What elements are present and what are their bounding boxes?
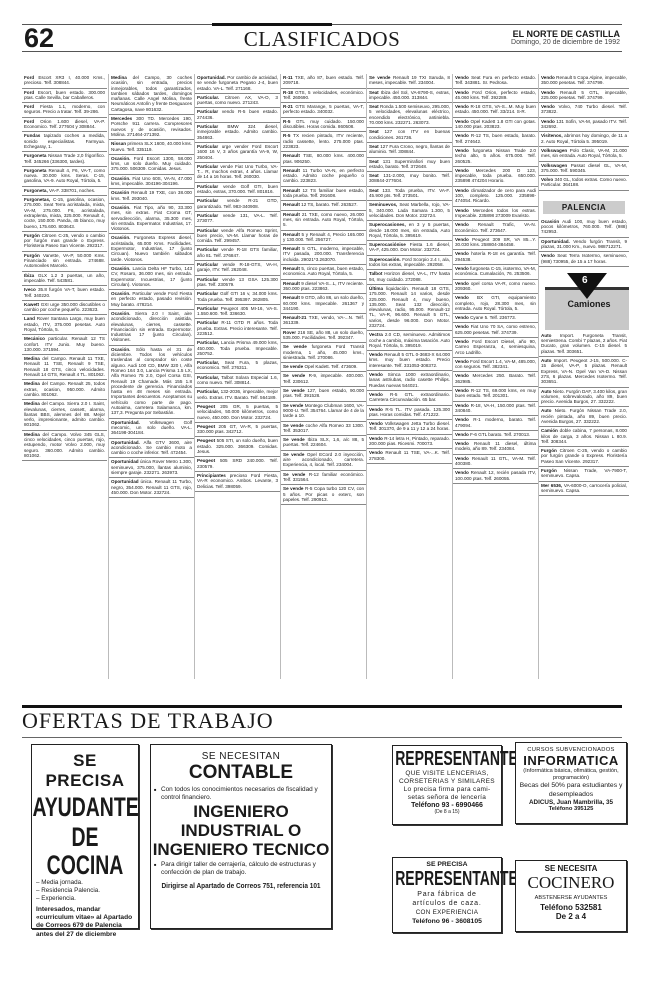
classified-ad: Mer 6536, VA-6000-O, carrocería policial… bbox=[539, 482, 629, 497]
classified-ad: Seat 131 Supermirafiori muy buen estado,… bbox=[367, 158, 452, 173]
ad-keyword: Iveco bbox=[24, 287, 36, 292]
classified-ad: Particular vende Alfa Romeo Sprint, buen… bbox=[195, 227, 280, 247]
ad-text: Import. Furgoneta Transit, semiestrena. … bbox=[541, 333, 627, 354]
ad-keyword: Se vende bbox=[283, 403, 303, 408]
palencia-section-header: PALENCIA bbox=[543, 201, 625, 214]
ad-text: GTS Marange, 5 puertas, VA-T, perfecto e… bbox=[283, 104, 364, 114]
ad-text: Sólo hasta el 31 de diciembre. Todos los… bbox=[111, 347, 192, 416]
classified-ad: Renault 12 TS, barato. Telf. 263527. bbox=[281, 201, 366, 210]
ad-text: Import. Peugeot J-15, 500.000. C-15 dies… bbox=[541, 358, 627, 384]
ad-keyword: Se vende bbox=[283, 388, 305, 393]
ad-title: DE COCINA bbox=[32, 823, 137, 879]
ad-headline: SE PRECISA bbox=[32, 751, 138, 791]
ad-keyword: Superocasiónise bbox=[369, 242, 406, 247]
ad-keyword: Vendo bbox=[455, 208, 469, 213]
ad-keyword: Renault bbox=[283, 202, 300, 207]
ad-keyword: Furgonetas, bbox=[24, 197, 50, 202]
classified-ad: Medina del Campo. Sierra 2.0 I. Saint, e… bbox=[22, 400, 107, 430]
classified-ad: Auto Import. Peugeot J-15, 500.000. C-15… bbox=[539, 357, 629, 387]
ad-text: Nieto. Furgón DAF, 3.400 kilos, gran vol… bbox=[541, 389, 627, 405]
column-7: Vendo Renault 5 Copa Alpine, impecable, … bbox=[538, 74, 629, 679]
ad-keyword: Ocasión. bbox=[111, 205, 130, 210]
ad-keyword: Vendo bbox=[369, 407, 383, 412]
section-bar bbox=[212, 23, 332, 26]
classified-ad: Se vende 127, buen estado, 90.000 ptas. … bbox=[281, 387, 366, 402]
ad-keyword: Vendo bbox=[369, 372, 383, 377]
ad-text: 340 GL, todos extras. Como nuevo. Partic… bbox=[541, 177, 627, 187]
classified-ad: Vendo BX GTI, equipamiento completo, roj… bbox=[453, 294, 538, 314]
ad-keyword: Particular bbox=[197, 306, 218, 311]
ad-keyword: Renault bbox=[283, 188, 300, 193]
ad-line: QUE VISITE LENCERIAS, bbox=[393, 770, 501, 778]
ad-keyword: Ocasión bbox=[541, 219, 559, 224]
ad-text: C-15, gasolina, ocasion, 275.000. Seat T… bbox=[24, 197, 105, 228]
ad-keyword: Rover bbox=[283, 330, 296, 335]
classified-ad: Talbot Horizon diesel, VA-L, ITV hasta 9… bbox=[367, 270, 452, 285]
ad-line: Becas del 50% para estudiantes y desempl… bbox=[516, 782, 626, 799]
ad-cocinero: SE NECESITA COCINERO ABSTENERSE AYUDANTE… bbox=[515, 860, 627, 932]
classified-ad: Se vende Montego Clubman 1600, VA-9000-U… bbox=[281, 402, 366, 422]
classified-ad: Ocasión. Particular vende Ford Fiesta en… bbox=[109, 290, 194, 310]
ad-keyword: Se vende bbox=[283, 452, 304, 457]
ad-keyword: Particular bbox=[197, 277, 218, 282]
ad-keyword: Se vende bbox=[283, 486, 303, 491]
classified-ad: Renault 9 GTD, año 86, un solo dueño, 60… bbox=[281, 294, 366, 314]
classified-ad: Particular vende 131, VA-L. Telf. 273077… bbox=[195, 212, 280, 227]
classified-ad: R-5 GTL muy cuidado. 150.000 discutibles… bbox=[281, 118, 366, 133]
ad-keyword: Se vende bbox=[283, 437, 305, 442]
ad-keyword: Particular, bbox=[197, 375, 219, 380]
classified-ad: Ocasión. Sólo hasta el 31 de diciembre. … bbox=[109, 346, 194, 419]
classified-ad: Particular BMW 324 diesel, inmejorable e… bbox=[195, 123, 280, 143]
ad-keyword: Nissan bbox=[111, 141, 126, 146]
ad-keyword: R-18 bbox=[283, 90, 293, 95]
classified-ad: Vendo Seat Terra Isotermo, seminuevo, (9… bbox=[539, 252, 629, 267]
ad-text: 216 SE, año 88, un solo dueño, 535.000. … bbox=[283, 330, 364, 340]
ad-keyword: Vendo bbox=[455, 456, 469, 461]
ad-keyword: Particular bbox=[197, 109, 218, 114]
classified-ad: Renault 11 Turbo VA-N, en perfecto estad… bbox=[281, 167, 366, 187]
classified-ad: Vendo furgoneta Nissan Trade 2.0 techo a… bbox=[453, 147, 538, 167]
ad-text: 131-2.000, muy bonito. Telf. 308844-2776… bbox=[369, 173, 450, 183]
classified-ad: Ocasión. Furgoneta Express diesel, acris… bbox=[109, 234, 194, 264]
classified-ad: Vendo F-6 GTL barato. Telf. 270013. bbox=[453, 431, 538, 440]
ad-keyword: Ibiza bbox=[24, 273, 34, 278]
classified-ad: Se vende R-5 Copa turbo 120 CV, con 5 añ… bbox=[281, 485, 366, 505]
newspaper-name: EL NORTE DE CASTILLA bbox=[513, 29, 620, 39]
classified-ad: Oportunidad. Volkswagen Golf mecomic, un… bbox=[109, 419, 194, 439]
ad-contact: Interesados, mandar «curriculum vitae» a… bbox=[32, 903, 138, 942]
ad-keyword: R-21 bbox=[283, 104, 293, 109]
ad-text: 131 Supermirafiori muy buen estado, bara… bbox=[369, 159, 450, 169]
ad-keyword: Vendo bbox=[455, 222, 469, 227]
ad-text: Renault 5 Copa Alpine, impecable, 350.00… bbox=[541, 75, 627, 85]
ad-keyword: Peugeot bbox=[197, 438, 215, 443]
ad-bullet: – Experiencia. bbox=[32, 895, 138, 903]
ad-keyword: Renault bbox=[283, 168, 300, 173]
classified-ad: Se vende Renault 19 TXI Saruda, 8 meses,… bbox=[367, 74, 452, 89]
ad-keyword: Ocasión bbox=[111, 190, 129, 195]
classified-ad: Medina del Campo. Renault 25, todos extr… bbox=[22, 380, 107, 400]
classified-ad: Principiantes precioso Ford Fiesta, VA-R… bbox=[195, 472, 280, 492]
ad-text: del Campo, 30 coches ocasión, sin entrad… bbox=[111, 75, 192, 112]
classified-ad: Furgón Citroen C-25, vendo o cambio por … bbox=[539, 447, 629, 467]
ad-keyword: Furgón bbox=[541, 448, 557, 453]
classified-ad: Vendo hotería R-18 es garantía. Telf. 29… bbox=[453, 250, 538, 265]
classified-ad: Vendo Ford Escort Diesel, año 90, Carreo… bbox=[453, 338, 538, 358]
ad-text: 127 Fura Crono, negro, llantas de alumin… bbox=[369, 144, 450, 154]
classified-ad: Renault 5 y Renault 4, Precio 165.000 y … bbox=[281, 231, 366, 246]
ad-keyword: Mercedes bbox=[111, 116, 132, 121]
column-6: Vendo Seat Fura en perfecto estado. Telf… bbox=[452, 74, 538, 679]
ad-text: Cyane 5. Telf. 236773. bbox=[469, 315, 516, 320]
ad-keyword: Vendo bbox=[369, 436, 383, 441]
ad-text: Ronda 1.500 semiseuvo, 295.000, 5 veloci… bbox=[369, 104, 450, 125]
ad-text: 133. Toda prueba, ITV. VA-F. 45.900 pts.… bbox=[369, 188, 450, 198]
ad-keyword: Seminuevos, bbox=[369, 202, 397, 207]
ad-keyword: Vendo bbox=[455, 403, 469, 408]
ad-keyword: Oportunidad. bbox=[111, 420, 140, 425]
column-2: Medina del Campo, 30 coches ocasión, sin… bbox=[108, 74, 194, 679]
classified-ad: Ocasión. Lancia Delta HF Turbo, 143 CV, … bbox=[109, 265, 194, 290]
ad-hours: (De 8 a 15) bbox=[393, 809, 501, 815]
ad-keyword: Vendo bbox=[455, 237, 469, 242]
classified-ad: Particular vende R-21 GTD, garantizado. … bbox=[195, 197, 280, 212]
classified-ad: Ocasión. Sierra 2.0 I Saint, aire acondi… bbox=[109, 310, 194, 346]
ad-keyword: Mecánico bbox=[24, 336, 45, 341]
classified-ad: Medina del Campo. Renault 11 TXE, Renaul… bbox=[22, 355, 107, 380]
classified-ad: Particular R-11 GTD R años. Toda prueba.… bbox=[195, 319, 280, 339]
ad-keyword: Renault-21 bbox=[283, 315, 307, 320]
classified-ad: Land Rover Santana Largo, muy buen estad… bbox=[22, 315, 107, 335]
ad-keyword: R-11 bbox=[283, 75, 293, 80]
ad-keyword: Seat bbox=[369, 129, 379, 134]
ad-text: 127 con ITV en buenas condiciones. 26173… bbox=[369, 129, 450, 139]
classified-ad: Vendo Mercedes 200 D 123, impecable, tod… bbox=[453, 167, 538, 187]
ad-text: 12 TS, barato. Telf. 263527. bbox=[300, 202, 358, 207]
ad-keyword: Vendo bbox=[541, 253, 555, 258]
page-header: 62 CLASIFICADOS EL NORTE DE CASTILLA Dom… bbox=[22, 24, 622, 52]
classified-ad: Vendo Opel Kadett 1.8 GTI con gotas. 140… bbox=[453, 118, 538, 133]
classified-ad: Superocasión. Ford Scorpio 2.4 I, a/a, t… bbox=[367, 256, 452, 271]
classified-ad: Vendo Ford Escort 1.4, VA-M, 485.000, co… bbox=[453, 358, 538, 373]
ad-keyword: Vendo bbox=[455, 188, 469, 193]
classified-ad: Furgoneta Nissan Trade 2,0 frigorifico. … bbox=[22, 152, 107, 167]
ad-keyword: Particular bbox=[197, 247, 218, 252]
ad-title: COCINERO bbox=[516, 873, 626, 893]
ad-keyword: Renault bbox=[283, 246, 300, 251]
classified-ad: Vendo Peugeot 309 SR, VA 85...Y. 30.030 … bbox=[453, 236, 538, 251]
ad-phone: Teléfono 532581 bbox=[516, 903, 626, 912]
ad-line: CORSETERIAS Y SIMILARES bbox=[393, 778, 501, 786]
classified-ad: Seat Ibiza del Sol, VA-8790-S, extras, i… bbox=[367, 89, 452, 104]
ad-representante-lenceria: REPRESENTANTE QUE VISITE LENCERIAS, CORS… bbox=[392, 745, 502, 825]
classified-ad: Vendo Renault 5 Copa Alpine, impecable, … bbox=[539, 74, 629, 89]
ad-text: Escort XR3 I, 40.000 Kms., precioso. Tel… bbox=[24, 75, 105, 85]
classified-ad: Se vende R-9, impecable. 400.000. Telf. … bbox=[281, 372, 366, 387]
classified-ad: Ocasión Audi 100, muy buen estado, pocos… bbox=[539, 218, 629, 238]
classified-ad: Vendo R-5 GTL extraordinario. Carretera … bbox=[367, 391, 452, 406]
classified-ad: Vendo R-12 TS, 69.000 kms, en muy buen e… bbox=[453, 387, 538, 402]
ad-headline: SE PRECISA bbox=[393, 861, 501, 868]
classified-ad: Mecánico particular. Renault 12 TS confo… bbox=[22, 335, 107, 355]
classified-ad: Renault 9 diesel VA-S...L, ITV reciente.… bbox=[281, 280, 366, 295]
section-label: Camiones bbox=[545, 299, 629, 309]
ad-line: CON EXPERIENCIA bbox=[393, 908, 501, 917]
classified-ad: Vendo opel corsa VA-R, como nuevo. 20936… bbox=[453, 280, 538, 295]
ad-text: Seat Terra Isotermo, seminuevo, (988) 73… bbox=[541, 253, 627, 263]
ad-keyword: Se vende bbox=[283, 472, 305, 477]
classified-ad: Particular Peugeot 405 MI-16, VA-S. 1.55… bbox=[195, 305, 280, 320]
classified-ad: Se vende coche Alfa Romeo 33 1300. Telf.… bbox=[281, 422, 366, 437]
ad-keyword: Vendo bbox=[369, 450, 383, 455]
ad-hours: De 2 a 4 bbox=[516, 912, 626, 921]
ad-keyword: Vendo bbox=[541, 90, 555, 95]
classified-ad: Particular vende Golf GTI, buen estado, … bbox=[195, 183, 280, 198]
ad-text: Volvo, 740 Turbo diesel. Telf. 373822. bbox=[541, 104, 627, 114]
ad-keyword: Seat bbox=[369, 104, 379, 109]
classified-ad: Vendo Simca 1000 extraordinario, lanas a… bbox=[367, 371, 452, 391]
ad-text: Ibiza del Sol, VA-8790-S, extras, impeca… bbox=[369, 90, 450, 100]
ad-line: artículos de caza. bbox=[393, 899, 501, 908]
ad-text: Escort, buen estado. 300.000 ptas. Calle… bbox=[24, 90, 105, 100]
ad-keyword: Medina bbox=[24, 401, 40, 406]
ad-keyword: Ocasión. bbox=[111, 176, 130, 181]
classified-ad: Renault 5 GTL, moderno, impecable, ITV p… bbox=[281, 245, 366, 265]
ad-keyword: Seat bbox=[369, 188, 379, 193]
ad-text: TX recien pintado, ITV reciente, radio c… bbox=[283, 133, 364, 149]
ad-keyword: Vendo bbox=[455, 133, 469, 138]
ad-keyword: Ford bbox=[24, 119, 34, 124]
ad-keyword: Superocasiones, bbox=[369, 222, 406, 227]
classified-ad: Vendo Volvo, 740 Turbo diesel. Telf. 373… bbox=[539, 103, 629, 118]
ad-keyword: Renault bbox=[283, 295, 300, 300]
ad-keyword: Oportunidad. bbox=[541, 239, 570, 244]
ad-keyword: Renault bbox=[283, 281, 300, 286]
ad-keyword: Renault bbox=[283, 266, 300, 271]
classified-ad: Vendo Ford Orion, perfecto estado, 45.06… bbox=[453, 89, 538, 104]
classified-ad: Superocasiónise Fiesta 1.6 diesel, VA-F,… bbox=[367, 241, 452, 256]
ad-keyword: Se vende bbox=[369, 75, 390, 80]
ad-keyword: Se vende bbox=[283, 373, 305, 378]
ad-keyword: Particular bbox=[197, 228, 218, 233]
ad-keyword: Ocasión. bbox=[111, 347, 130, 352]
classified-ad: Se vende Opel Kadett. Telf. 473609. bbox=[281, 363, 366, 372]
ad-keyword: Ford bbox=[24, 104, 34, 109]
ad-phone: Teléfono 93 - 6990466 bbox=[393, 802, 501, 809]
ad-text: GTS, 5 velocidades, económico. Telf. 260… bbox=[283, 90, 364, 100]
classified-ad: Vendo R-1 moderno, barato. Telf. 479094. bbox=[453, 416, 538, 431]
ad-keyword: Última bbox=[369, 286, 383, 291]
ad-bullet: Para dirigir taller de cerrajería, cálcu… bbox=[151, 859, 331, 877]
ad-keyword: Seat bbox=[369, 159, 379, 164]
ad-keyword: Furgón bbox=[24, 233, 40, 238]
ad-keyword: Vendo bbox=[455, 251, 469, 256]
ad-keyword: Vendo bbox=[369, 352, 383, 357]
ad-representante-caza: SE PRECISA REPRESENTANTE Para fábrica de… bbox=[392, 857, 502, 933]
ad-keyword: Particular bbox=[197, 320, 218, 325]
ad-keyword: Furgoneta bbox=[24, 168, 46, 173]
ad-keyword: Vendo bbox=[455, 339, 469, 344]
ad-keyword: Auto bbox=[541, 358, 551, 363]
ad-keyword: Furgón bbox=[24, 253, 40, 258]
classified-ad: Vendo Renault 11 GTL, VA-M. Telf. 400380… bbox=[453, 455, 538, 470]
classified-ad: Vendo Fiat Uno 70 SA, como estreno, 625.… bbox=[453, 323, 538, 338]
ad-title: INDUSTRIAL O bbox=[151, 821, 331, 840]
ad-keyword: Vendo bbox=[369, 392, 383, 397]
section-number: 6 bbox=[582, 275, 588, 286]
classified-ad: Volkswagen Polo Clasic, VA-M, 21.000 mes… bbox=[539, 147, 629, 162]
ad-keyword: Vendo bbox=[455, 417, 469, 422]
ad-bullet: Con todos los conocimientos necesarios d… bbox=[151, 784, 331, 802]
ad-text: Orion 1.600 diesel, VA-P. Economico. Tel… bbox=[24, 119, 105, 129]
classified-ad: Vendo Renault 5 GTL, impecable, 225.000 … bbox=[539, 89, 629, 104]
classified-ad: Vendo R-14 letra H, Pintado, reparado. 2… bbox=[367, 435, 452, 450]
ad-keyword: Ocasión. bbox=[111, 291, 130, 296]
ad-keyword: Furgoneta bbox=[24, 153, 46, 158]
classified-ad: Seminuevos, Seat Marbella, rojo, VA-5, 3… bbox=[367, 201, 452, 221]
classified-ad: Particular vende Fiat Uno Turbo, VA-T...… bbox=[195, 163, 280, 183]
ad-text: Opel Kadett. Telf. 473609. bbox=[303, 364, 357, 369]
ad-ayudante-cocina: SE PRECISA AYUDANTE DE COCINA – Media jo… bbox=[31, 744, 139, 929]
classified-ad: Volkswagen Passat diesel GL, VA-M, 375.0… bbox=[539, 162, 629, 177]
classified-ad: Seat 127 con ITV en buenas condiciones. … bbox=[367, 128, 452, 143]
classified-ad: Peugeot 205 GR, 5 puertas, 5 velocidades… bbox=[195, 403, 280, 423]
column-5: Se vende Renault 19 TXI Saruda, 8 meses,… bbox=[366, 74, 452, 679]
classified-ad: Mercedes 300 TD. Mercedes 190, Porsche 9… bbox=[109, 115, 194, 140]
classified-ad: Oportunidad única Rover Metro 1.300, sem… bbox=[109, 458, 194, 478]
ad-keyword: Oportunidad. bbox=[111, 440, 140, 445]
ad-keyword: Vendo bbox=[455, 104, 469, 109]
ad-title: INFORMATICA bbox=[516, 753, 626, 768]
ad-keyword: Particular bbox=[197, 213, 218, 218]
classified-ad: Se vende Opel ECord 2.0 inyección, aire … bbox=[281, 451, 366, 471]
ad-keyword: Particular bbox=[197, 164, 218, 169]
classified-ad: Oportunidad. Alfa GTV 3600, aire acondic… bbox=[109, 439, 194, 459]
classified-ad: Seat Ronda 1.500 semiseuvo, 295.000, 5 v… bbox=[367, 103, 452, 128]
classified-ad: Furgonetas, C-15, gasolina, ocasion, 275… bbox=[22, 196, 107, 232]
ad-text: VA-F. 338701, noches. bbox=[48, 188, 95, 193]
classified-ad: R-11 TXE, año 87, buen estado. Telf. 209… bbox=[281, 74, 366, 89]
classified-ad: Visítenos, abrimos hoy domingo, de 11 a … bbox=[539, 132, 629, 147]
ofertas-title: OFERTAS DE TRABAJO bbox=[22, 708, 274, 734]
classified-ad: Kawett GXI urge 350.000 discutibles o ca… bbox=[22, 301, 107, 316]
ad-line: Para fábrica de bbox=[393, 890, 501, 899]
ad-keyword: Particular bbox=[197, 144, 218, 149]
classified-ad: Ford Orion 1.600 diesel, VA-P. Economico… bbox=[22, 118, 107, 133]
classified-ad: Vendo Renault 12, recién pasada ITV, 100… bbox=[453, 469, 538, 484]
classified-ad: Se vende Ibiza SLX, 1,6, a/c 88, 5 puert… bbox=[281, 436, 366, 451]
ad-keyword: Renault bbox=[283, 232, 300, 237]
camiones-section-header: 6Camiones bbox=[545, 273, 623, 328]
ad-keyword: Se vende bbox=[283, 344, 307, 349]
ad-keyword: Talbot bbox=[369, 271, 382, 276]
column-3: Oportunidad. Por cambio de actividad, se… bbox=[194, 74, 280, 679]
classified-ad: Vendo Renault 5 GTL 0-3683-X 64.000 kms.… bbox=[367, 351, 452, 371]
classified-ad: Se vende furgoneta Ford Transit moderna,… bbox=[281, 343, 366, 363]
classified-ad: Vendo Mercedes todos los extras. Impecab… bbox=[453, 207, 538, 222]
ad-keyword: Furgoneta, bbox=[24, 188, 48, 193]
ad-title: REPRESENTANTE bbox=[395, 748, 499, 770]
ad-bullet: – Media jornada. bbox=[32, 879, 138, 887]
classified-ad: Particular, Seat Fura, 5 plazas, economi… bbox=[195, 359, 280, 374]
ad-title: AYUDANTE bbox=[32, 793, 137, 821]
issue-date: Domingo, 20 de diciembre de 1992 bbox=[511, 39, 620, 46]
classified-ad: Oportunidad. Por cambio de actividad, se… bbox=[195, 74, 280, 94]
classified-ad: Particular, 132-2036, impecable, mejor v… bbox=[195, 388, 280, 403]
classified-ad: Auto Nieto. Furgón Nissan Trade 2.0, rec… bbox=[539, 407, 629, 427]
ad-keyword: Land bbox=[24, 316, 35, 321]
classified-ad: Peugeot 505 STI, un solo dueño, buen est… bbox=[195, 437, 280, 457]
ad-headline: SE NECESITA bbox=[516, 864, 626, 873]
classified-ad: Furgón Citroen C-25, vendo o cambio por … bbox=[22, 232, 107, 252]
ad-keyword: Medina bbox=[24, 381, 40, 386]
classified-ad: Vendo climatizador de cero para Audi 100… bbox=[453, 187, 538, 207]
ad-text: 35.8 furgón VA-T, buen estado. Telf. 340… bbox=[24, 287, 105, 297]
classified-ad: Medina del Campo. Volvo 345 GLS, cinco v… bbox=[22, 431, 107, 461]
classified-ad: Seat 127 Fura Crono, negro, llantas de a… bbox=[367, 143, 452, 158]
classified-ad: Ford Escort, buen estado. 300.000 ptas. … bbox=[22, 89, 107, 104]
ad-title: INGENIERO bbox=[151, 802, 331, 821]
ad-title: REPRESENTANTE bbox=[395, 868, 499, 890]
ad-keyword: Mer 6536, bbox=[541, 483, 562, 488]
classified-ad: Superocasiones, en 3 y 5 puertas, desde … bbox=[367, 221, 452, 241]
ad-keyword: Visítenos, bbox=[541, 133, 563, 138]
ad-keyword: Renault bbox=[283, 153, 300, 158]
ad-text: GLX 1.2 3 puertas, un año, impecable. Te… bbox=[24, 273, 105, 283]
classified-ad: Ocasión. Fiat Tipo, año 90, 33.300 mes, … bbox=[109, 204, 194, 234]
ad-keyword: Particular, bbox=[197, 340, 219, 345]
classified-ad: Vendo R-18 GTS, VA-S...M. Muy buen estad… bbox=[453, 103, 538, 118]
ad-keyword: Se vende bbox=[283, 364, 303, 369]
classified-ad: Renault TSE, 80.000 kms. 400.000 ptas. 9… bbox=[281, 152, 366, 167]
ad-keyword: Oportunidad bbox=[111, 479, 139, 484]
ad-text: Horizon diesel, VA-L, ITV hasta 94, muy … bbox=[369, 271, 450, 281]
ad-keyword: Se vende bbox=[283, 423, 304, 428]
classified-ad: Vectra 2.0 CD, seminuevo. Admitimos coch… bbox=[367, 331, 452, 351]
ad-keyword: Vendo bbox=[455, 359, 469, 364]
ad-keyword: Vendo bbox=[455, 266, 469, 271]
ad-keyword: Ford bbox=[24, 90, 34, 95]
classified-ad: Renault 12 TS familiar buen estado, toda… bbox=[281, 187, 366, 202]
ad-phone: Teléfono 96 - 3608105 bbox=[393, 918, 501, 925]
classified-ad: Vendo Renault 11 diesel, última modelo, … bbox=[453, 440, 538, 455]
classified-ad: Vendo furgoneta C-15, isotermo, VA-M, ec… bbox=[453, 265, 538, 280]
classified-ad: Rover 216 SE, año 88, un solo dueño, 535… bbox=[281, 329, 366, 344]
classified-ad: R-18 GTS, 5 velocidades, económico. Telf… bbox=[281, 89, 366, 104]
classified-ad: Iveco 35.8 furgón VA-T, buen estado. Tel… bbox=[22, 286, 107, 301]
ad-text: Nieto. Furgón Nissan Trade 2.0, recién p… bbox=[541, 408, 627, 424]
classified-ad: Furgoneta Renault 4, F6, VA-T, como nuev… bbox=[22, 167, 107, 187]
classified-ad: Seat 133. Toda prueba, ITV. VA-F. 45.900… bbox=[367, 187, 452, 202]
classified-ad: Renault 21 TXE, como nuevo, 26.000 mes, … bbox=[281, 211, 366, 231]
ad-keyword: Vendo bbox=[369, 421, 383, 426]
ad-keyword: Vendo bbox=[541, 75, 555, 80]
ad-contable-ingeniero: SE NECESITAN CONTABLE Con todos los cono… bbox=[150, 744, 332, 929]
ad-keyword: Furgón bbox=[541, 468, 557, 473]
ad-keyword: Ocasión. bbox=[111, 156, 130, 161]
ad-keyword: Peugeot bbox=[197, 458, 215, 463]
ad-keyword: Vendo bbox=[455, 388, 469, 393]
ad-bullet: – Residencia Palencia. bbox=[32, 887, 138, 895]
ad-keyword: Oportunidad. bbox=[197, 75, 226, 80]
ad-keyword: Vendo bbox=[455, 119, 469, 124]
classified-ad: Fundas tapizado coches a medida, sonido … bbox=[22, 132, 107, 152]
ad-keyword: Seat bbox=[369, 144, 379, 149]
ad-contact: Dirigirse al Apartado de Correos 751, re… bbox=[160, 881, 322, 890]
classified-ad: Ford Escort XR3 I, 40.000 Kms., precioso… bbox=[22, 74, 107, 89]
ad-keyword: Vendo bbox=[455, 168, 469, 173]
